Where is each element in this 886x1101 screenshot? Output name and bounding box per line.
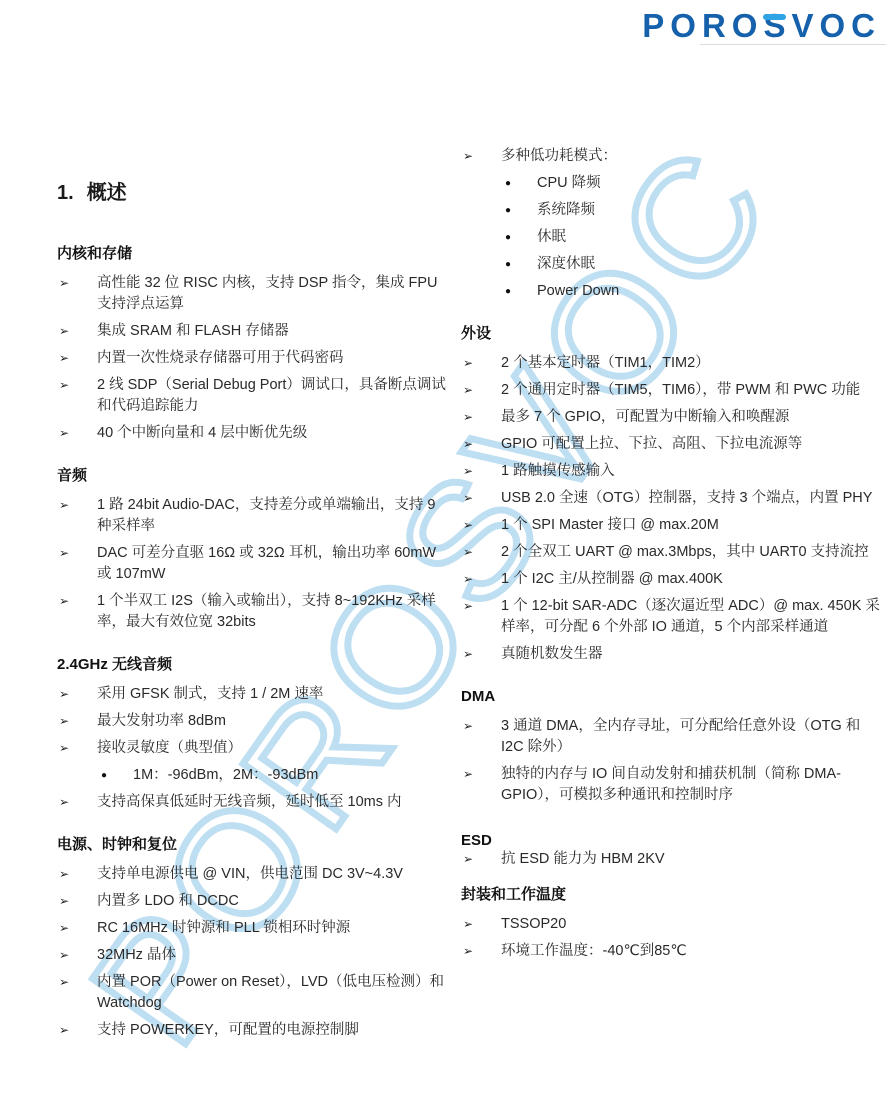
feature-item: ➢ ● 内置 POR（Power on Reset），LVD（低电压检测）和 W… bbox=[57, 972, 451, 1014]
feature-item: ➢ ● 抗 ESD 能力为 HBM 2KV bbox=[461, 849, 882, 870]
section-wireless-audio: 2.4GHz 无线音频 ➢ ● 采用 GFSK 制式，支持 1 / 2M 速率 … bbox=[57, 655, 451, 813]
logo-text-right: VOC bbox=[791, 7, 881, 44]
logo-text-left: PORO bbox=[642, 7, 763, 44]
title-number: 1. bbox=[57, 182, 74, 204]
feature-text: 支持单电源供电 @ VIN，供电范围 DC 3V~4.3V bbox=[97, 866, 403, 882]
feature-text: 真随机数发生器 bbox=[501, 646, 603, 662]
feature-text: 1 路触摸传感输入 bbox=[501, 463, 615, 479]
feature-item: ➢ ● 40 个中断向量和 4 层中断优先级 bbox=[57, 423, 451, 444]
feature-item: ➢ ● 1M：-96dBm，2M：-93dBm bbox=[57, 765, 451, 786]
bullet-arrow-icon: ➢ bbox=[463, 764, 473, 785]
feature-item: ➢ ● 多种低功耗模式： bbox=[461, 146, 882, 167]
bullet-arrow-icon: ➢ bbox=[463, 596, 473, 617]
feature-text: 40 个中断向量和 4 层中断优先级 bbox=[97, 425, 307, 441]
section-heading: 音频 bbox=[57, 466, 451, 486]
feature-item: ➢ ● 最大发射功率 8dBm bbox=[57, 711, 451, 732]
feature-text: 1 个半双工 I2S（输入或输出），支持 8~192KHz 采样率，最大有效位宽… bbox=[97, 593, 436, 630]
bullet-arrow-icon: ➢ bbox=[59, 273, 69, 294]
feature-text: DAC 可差分直驱 16Ω 或 32Ω 耳机，输出功率 60mW 或 107mW bbox=[97, 545, 436, 582]
logo-letter-s-text: S bbox=[763, 7, 791, 44]
bullet-arrow-icon: ➢ bbox=[463, 353, 473, 374]
feature-list: ➢ ● TSSOP20 ➢ ● 环境工作温度：-40℃到85℃ bbox=[461, 914, 882, 962]
feature-item: ➢ ● 集成 SRAM 和 FLASH 存储器 bbox=[57, 321, 451, 342]
feature-item: ➢ ● 休眠 bbox=[461, 227, 882, 248]
feature-item: ➢ ● 1 个半双工 I2S（输入或输出），支持 8~192KHz 采样率，最大… bbox=[57, 591, 451, 633]
feature-item: ➢ ● 2 线 SDP（Serial Debug Port）调试口，具备断点调试… bbox=[57, 375, 451, 417]
feature-item: ➢ ● 1 个 I2C 主/从控制器 @ max.400K bbox=[461, 569, 882, 590]
feature-item: ➢ ● 独特的内存与 IO 间自动发射和捕获机制（简称 DMA-GPIO），可模… bbox=[461, 764, 882, 806]
bullet-dot-icon: ● bbox=[101, 765, 107, 786]
feature-text: 2 个基本定时器（TIM1，TIM2） bbox=[501, 355, 710, 371]
feature-list: ➢ ● 抗 ESD 能力为 HBM 2KV bbox=[461, 849, 882, 870]
feature-item: ➢ ● 高性能 32 位 RISC 内核，支持 DSP 指令，集成 FPU 支持… bbox=[57, 273, 451, 315]
section-heading: 电源、时钟和复位 bbox=[57, 835, 451, 855]
bullet-arrow-icon: ➢ bbox=[59, 321, 69, 342]
feature-item: ➢ ● 1 路触摸传感输入 bbox=[461, 461, 882, 482]
bullet-arrow-icon: ➢ bbox=[59, 423, 69, 444]
feature-text: 最大发射功率 8dBm bbox=[97, 713, 226, 729]
feature-item: ➢ ● 内置多 LDO 和 DCDC bbox=[57, 891, 451, 912]
bullet-arrow-icon: ➢ bbox=[59, 543, 69, 564]
feature-text: 支持高保真低延时无线音频，延时低至 10ms 内 bbox=[97, 794, 402, 810]
left-column: 1.概述 内核和存储 ➢ ● 高性能 32 位 RISC 内核，支持 DSP 指… bbox=[57, 179, 451, 1047]
bullet-arrow-icon: ➢ bbox=[463, 434, 473, 455]
section-audio: 音频 ➢ ● 1 路 24bit Audio-DAC，支持差分或单端输出，支持 … bbox=[57, 466, 451, 633]
feature-text: 深度休眠 bbox=[537, 256, 595, 272]
feature-text: 1 个 I2C 主/从控制器 @ max.400K bbox=[501, 571, 723, 587]
feature-text: 1 个 SPI Master 接口 @ max.20M bbox=[501, 517, 719, 533]
bullet-arrow-icon: ➢ bbox=[463, 914, 473, 935]
feature-item: ➢ ● 2 个通用定时器（TIM5，TIM6），带 PWM 和 PWC 功能 bbox=[461, 380, 882, 401]
bullet-arrow-icon: ➢ bbox=[463, 644, 473, 665]
feature-item: ➢ ● Power Down bbox=[461, 281, 882, 302]
bullet-arrow-icon: ➢ bbox=[463, 488, 473, 509]
feature-list: ➢ ● 3 通道 DMA，全内存寻址，可分配给任意外设（OTG 和 I2C 除外… bbox=[461, 716, 882, 806]
bullet-arrow-icon: ➢ bbox=[463, 542, 473, 563]
feature-text: 采用 GFSK 制式，支持 1 / 2M 速率 bbox=[97, 686, 323, 702]
feature-text: 支持 POWERKEY，可配置的电源控制脚 bbox=[97, 1022, 359, 1038]
section-core-and-memory: 内核和存储 ➢ ● 高性能 32 位 RISC 内核，支持 DSP 指令，集成 … bbox=[57, 244, 451, 444]
feature-text: 1 路 24bit Audio-DAC，支持差分或单端输出，支持 9 种采样率 bbox=[97, 497, 435, 534]
header-rule bbox=[700, 44, 886, 45]
feature-item: ➢ ● 采用 GFSK 制式，支持 1 / 2M 速率 bbox=[57, 684, 451, 705]
bullet-arrow-icon: ➢ bbox=[59, 591, 69, 612]
feature-item: ➢ ● 支持单电源供电 @ VIN，供电范围 DC 3V~4.3V bbox=[57, 864, 451, 885]
feature-text: 2 个通用定时器（TIM5，TIM6），带 PWM 和 PWC 功能 bbox=[501, 382, 860, 398]
feature-text: 1 个 12-bit SAR-ADC（逐次逼近型 ADC）@ max. 450K… bbox=[501, 598, 880, 635]
title-text: 概述 bbox=[87, 182, 127, 204]
feature-item: ➢ ● TSSOP20 bbox=[461, 914, 882, 935]
feature-item: ➢ ● 最多 7 个 GPIO，可配置为中断输入和唤醒源 bbox=[461, 407, 882, 428]
bullet-arrow-icon: ➢ bbox=[463, 461, 473, 482]
feature-text: 独特的内存与 IO 间自动发射和捕获机制（简称 DMA-GPIO），可模拟多种通… bbox=[501, 766, 841, 803]
feature-text: 内置一次性烧录存储器可用于代码密码 bbox=[97, 350, 344, 366]
feature-text: CPU 降频 bbox=[537, 175, 601, 191]
feature-item: ➢ ● USB 2.0 全速（OTG）控制器，支持 3 个端点，内置 PHY bbox=[461, 488, 882, 509]
section-power-clock-reset: 电源、时钟和复位 ➢ ● 支持单电源供电 @ VIN，供电范围 DC 3V~4.… bbox=[57, 835, 451, 1041]
bullet-arrow-icon: ➢ bbox=[59, 495, 69, 516]
bullet-arrow-icon: ➢ bbox=[59, 375, 69, 396]
feature-item: ➢ ● 2 个全双工 UART @ max.3Mbps，其中 UART0 支持流… bbox=[461, 542, 882, 563]
feature-list: ➢ ● 采用 GFSK 制式，支持 1 / 2M 速率 ➢ ● 最大发射功率 8… bbox=[57, 684, 451, 813]
bullet-arrow-icon: ➢ bbox=[463, 380, 473, 401]
right-column: ➢ ● 多种低功耗模式： ➢ ● CPU 降频 ➢ ● 系统降频 ➢ bbox=[461, 146, 882, 968]
bullet-arrow-icon: ➢ bbox=[59, 918, 69, 939]
feature-item: ➢ ● 内置一次性烧录存储器可用于代码密码 bbox=[57, 348, 451, 369]
bullet-arrow-icon: ➢ bbox=[59, 792, 69, 813]
feature-text: 抗 ESD 能力为 HBM 2KV bbox=[501, 851, 665, 867]
feature-list: ➢ ● 高性能 32 位 RISC 内核，支持 DSP 指令，集成 FPU 支持… bbox=[57, 273, 451, 444]
feature-item: ➢ ● 支持 POWERKEY，可配置的电源控制脚 bbox=[57, 1020, 451, 1041]
feature-text: USB 2.0 全速（OTG）控制器，支持 3 个端点，内置 PHY bbox=[501, 490, 872, 506]
bullet-arrow-icon: ➢ bbox=[463, 716, 473, 737]
bullet-dot-icon: ● bbox=[505, 254, 511, 275]
feature-text: 内置多 LDO 和 DCDC bbox=[97, 893, 239, 909]
bullet-arrow-icon: ➢ bbox=[59, 684, 69, 705]
feature-text: 2 个全双工 UART @ max.3Mbps，其中 UART0 支持流控 bbox=[501, 544, 869, 560]
feature-item: ➢ ● CPU 降频 bbox=[461, 173, 882, 194]
low-power-modes-list: ➢ ● 多种低功耗模式： ➢ ● CPU 降频 ➢ ● 系统降频 ➢ bbox=[461, 146, 882, 302]
logo-letter-s: S bbox=[763, 9, 791, 42]
feature-text: 1M：-96dBm，2M：-93dBm bbox=[133, 767, 318, 783]
feature-item: ➢ ● 接收灵敏度（典型值） bbox=[57, 738, 451, 759]
bullet-dot-icon: ● bbox=[505, 200, 511, 221]
bullet-arrow-icon: ➢ bbox=[59, 972, 69, 993]
feature-text: 高性能 32 位 RISC 内核，支持 DSP 指令，集成 FPU 支持浮点运算 bbox=[97, 275, 438, 312]
feature-item: ➢ ● 1 路 24bit Audio-DAC，支持差分或单端输出，支持 9 种… bbox=[57, 495, 451, 537]
datasheet-page: POROSVOC POROSVOC 1.概述 内核和存储 ➢ ● 高性能 32 … bbox=[0, 0, 886, 1101]
feature-item: ➢ ● 系统降频 bbox=[461, 200, 882, 221]
feature-item: ➢ ● GPIO 可配置上拉、下拉、高阻、下拉电流源等 bbox=[461, 434, 882, 455]
feature-text: 休眠 bbox=[537, 229, 566, 245]
feature-text: 32MHz 晶体 bbox=[97, 947, 176, 963]
feature-text: RC 16MHz 时钟源和 PLL 锁相环时钟源 bbox=[97, 920, 350, 936]
bullet-arrow-icon: ➢ bbox=[59, 864, 69, 885]
section-heading: 封装和工作温度 bbox=[461, 885, 882, 905]
feature-item: ➢ ● 1 个 12-bit SAR-ADC（逐次逼近型 ADC）@ max. … bbox=[461, 596, 882, 638]
feature-text: Power Down bbox=[537, 283, 619, 299]
feature-item: ➢ ● 1 个 SPI Master 接口 @ max.20M bbox=[461, 515, 882, 536]
feature-text: 集成 SRAM 和 FLASH 存储器 bbox=[97, 323, 289, 339]
bullet-arrow-icon: ➢ bbox=[463, 941, 473, 962]
feature-item: ➢ ● 32MHz 晶体 bbox=[57, 945, 451, 966]
section-dma: DMA ➢ ● 3 通道 DMA，全内存寻址，可分配给任意外设（OTG 和 I2… bbox=[461, 687, 882, 806]
section-heading: 外设 bbox=[461, 324, 882, 344]
feature-text: 最多 7 个 GPIO，可配置为中断输入和唤醒源 bbox=[501, 409, 789, 425]
bullet-arrow-icon: ➢ bbox=[463, 146, 473, 167]
bullet-arrow-icon: ➢ bbox=[59, 348, 69, 369]
section-heading: 2.4GHz 无线音频 bbox=[57, 655, 451, 675]
feature-text: 环境工作温度：-40℃到85℃ bbox=[501, 943, 687, 959]
bullet-arrow-icon: ➢ bbox=[59, 891, 69, 912]
section-peripherals: 外设 ➢ ● 2 个基本定时器（TIM1，TIM2） ➢ ● 2 个通用定时器（… bbox=[461, 324, 882, 665]
feature-list: ➢ ● 1 路 24bit Audio-DAC，支持差分或单端输出，支持 9 种… bbox=[57, 495, 451, 633]
brand-logo: POROSVOC bbox=[642, 9, 881, 42]
feature-text: 多种低功耗模式： bbox=[501, 148, 617, 164]
section-heading: 内核和存储 bbox=[57, 244, 451, 264]
feature-list: ➢ ● 2 个基本定时器（TIM1，TIM2） ➢ ● 2 个通用定时器（TIM… bbox=[461, 353, 882, 665]
bullet-dot-icon: ● bbox=[505, 281, 511, 302]
bullet-dot-icon: ● bbox=[505, 173, 511, 194]
feature-text: 系统降频 bbox=[537, 202, 595, 218]
bullet-arrow-icon: ➢ bbox=[59, 711, 69, 732]
bullet-arrow-icon: ➢ bbox=[59, 738, 69, 759]
feature-item: ➢ ● 环境工作温度：-40℃到85℃ bbox=[461, 941, 882, 962]
feature-item: ➢ ● RC 16MHz 时钟源和 PLL 锁相环时钟源 bbox=[57, 918, 451, 939]
feature-text: GPIO 可配置上拉、下拉、高阻、下拉电流源等 bbox=[501, 436, 802, 452]
section-heading: DMA bbox=[461, 687, 882, 707]
bullet-arrow-icon: ➢ bbox=[59, 945, 69, 966]
bullet-dot-icon: ● bbox=[505, 227, 511, 248]
page-title: 1.概述 bbox=[57, 179, 451, 207]
bullet-arrow-icon: ➢ bbox=[463, 569, 473, 590]
feature-text: TSSOP20 bbox=[501, 916, 566, 932]
feature-text: 接收灵敏度（典型值） bbox=[97, 740, 242, 756]
feature-item: ➢ ● 3 通道 DMA，全内存寻址，可分配给任意外设（OTG 和 I2C 除外… bbox=[461, 716, 882, 758]
section-esd: ESD ➢ ● 抗 ESD 能力为 HBM 2KV bbox=[461, 831, 882, 870]
logo-s-accent bbox=[763, 14, 786, 20]
feature-item: ➢ ● DAC 可差分直驱 16Ω 或 32Ω 耳机，输出功率 60mW 或 1… bbox=[57, 543, 451, 585]
feature-item: ➢ ● 深度休眠 bbox=[461, 254, 882, 275]
section-package-temperature: 封装和工作温度 ➢ ● TSSOP20 ➢ ● 环境工作温度：-40℃到85℃ bbox=[461, 885, 882, 962]
bullet-arrow-icon: ➢ bbox=[463, 849, 473, 870]
section-heading: ESD bbox=[461, 831, 882, 851]
feature-text: 内置 POR（Power on Reset），LVD（低电压检测）和 Watch… bbox=[97, 974, 444, 1011]
feature-item: ➢ ● 支持高保真低延时无线音频，延时低至 10ms 内 bbox=[57, 792, 451, 813]
feature-text: 2 线 SDP（Serial Debug Port）调试口，具备断点调试和代码追… bbox=[97, 377, 446, 414]
feature-item: ➢ ● 真随机数发生器 bbox=[461, 644, 882, 665]
bullet-arrow-icon: ➢ bbox=[463, 515, 473, 536]
feature-list: ➢ ● 支持单电源供电 @ VIN，供电范围 DC 3V~4.3V ➢ ● 内置… bbox=[57, 864, 451, 1041]
feature-text: 3 通道 DMA，全内存寻址，可分配给任意外设（OTG 和 I2C 除外） bbox=[501, 718, 860, 755]
feature-item: ➢ ● 2 个基本定时器（TIM1，TIM2） bbox=[461, 353, 882, 374]
bullet-arrow-icon: ➢ bbox=[59, 1020, 69, 1041]
bullet-arrow-icon: ➢ bbox=[463, 407, 473, 428]
